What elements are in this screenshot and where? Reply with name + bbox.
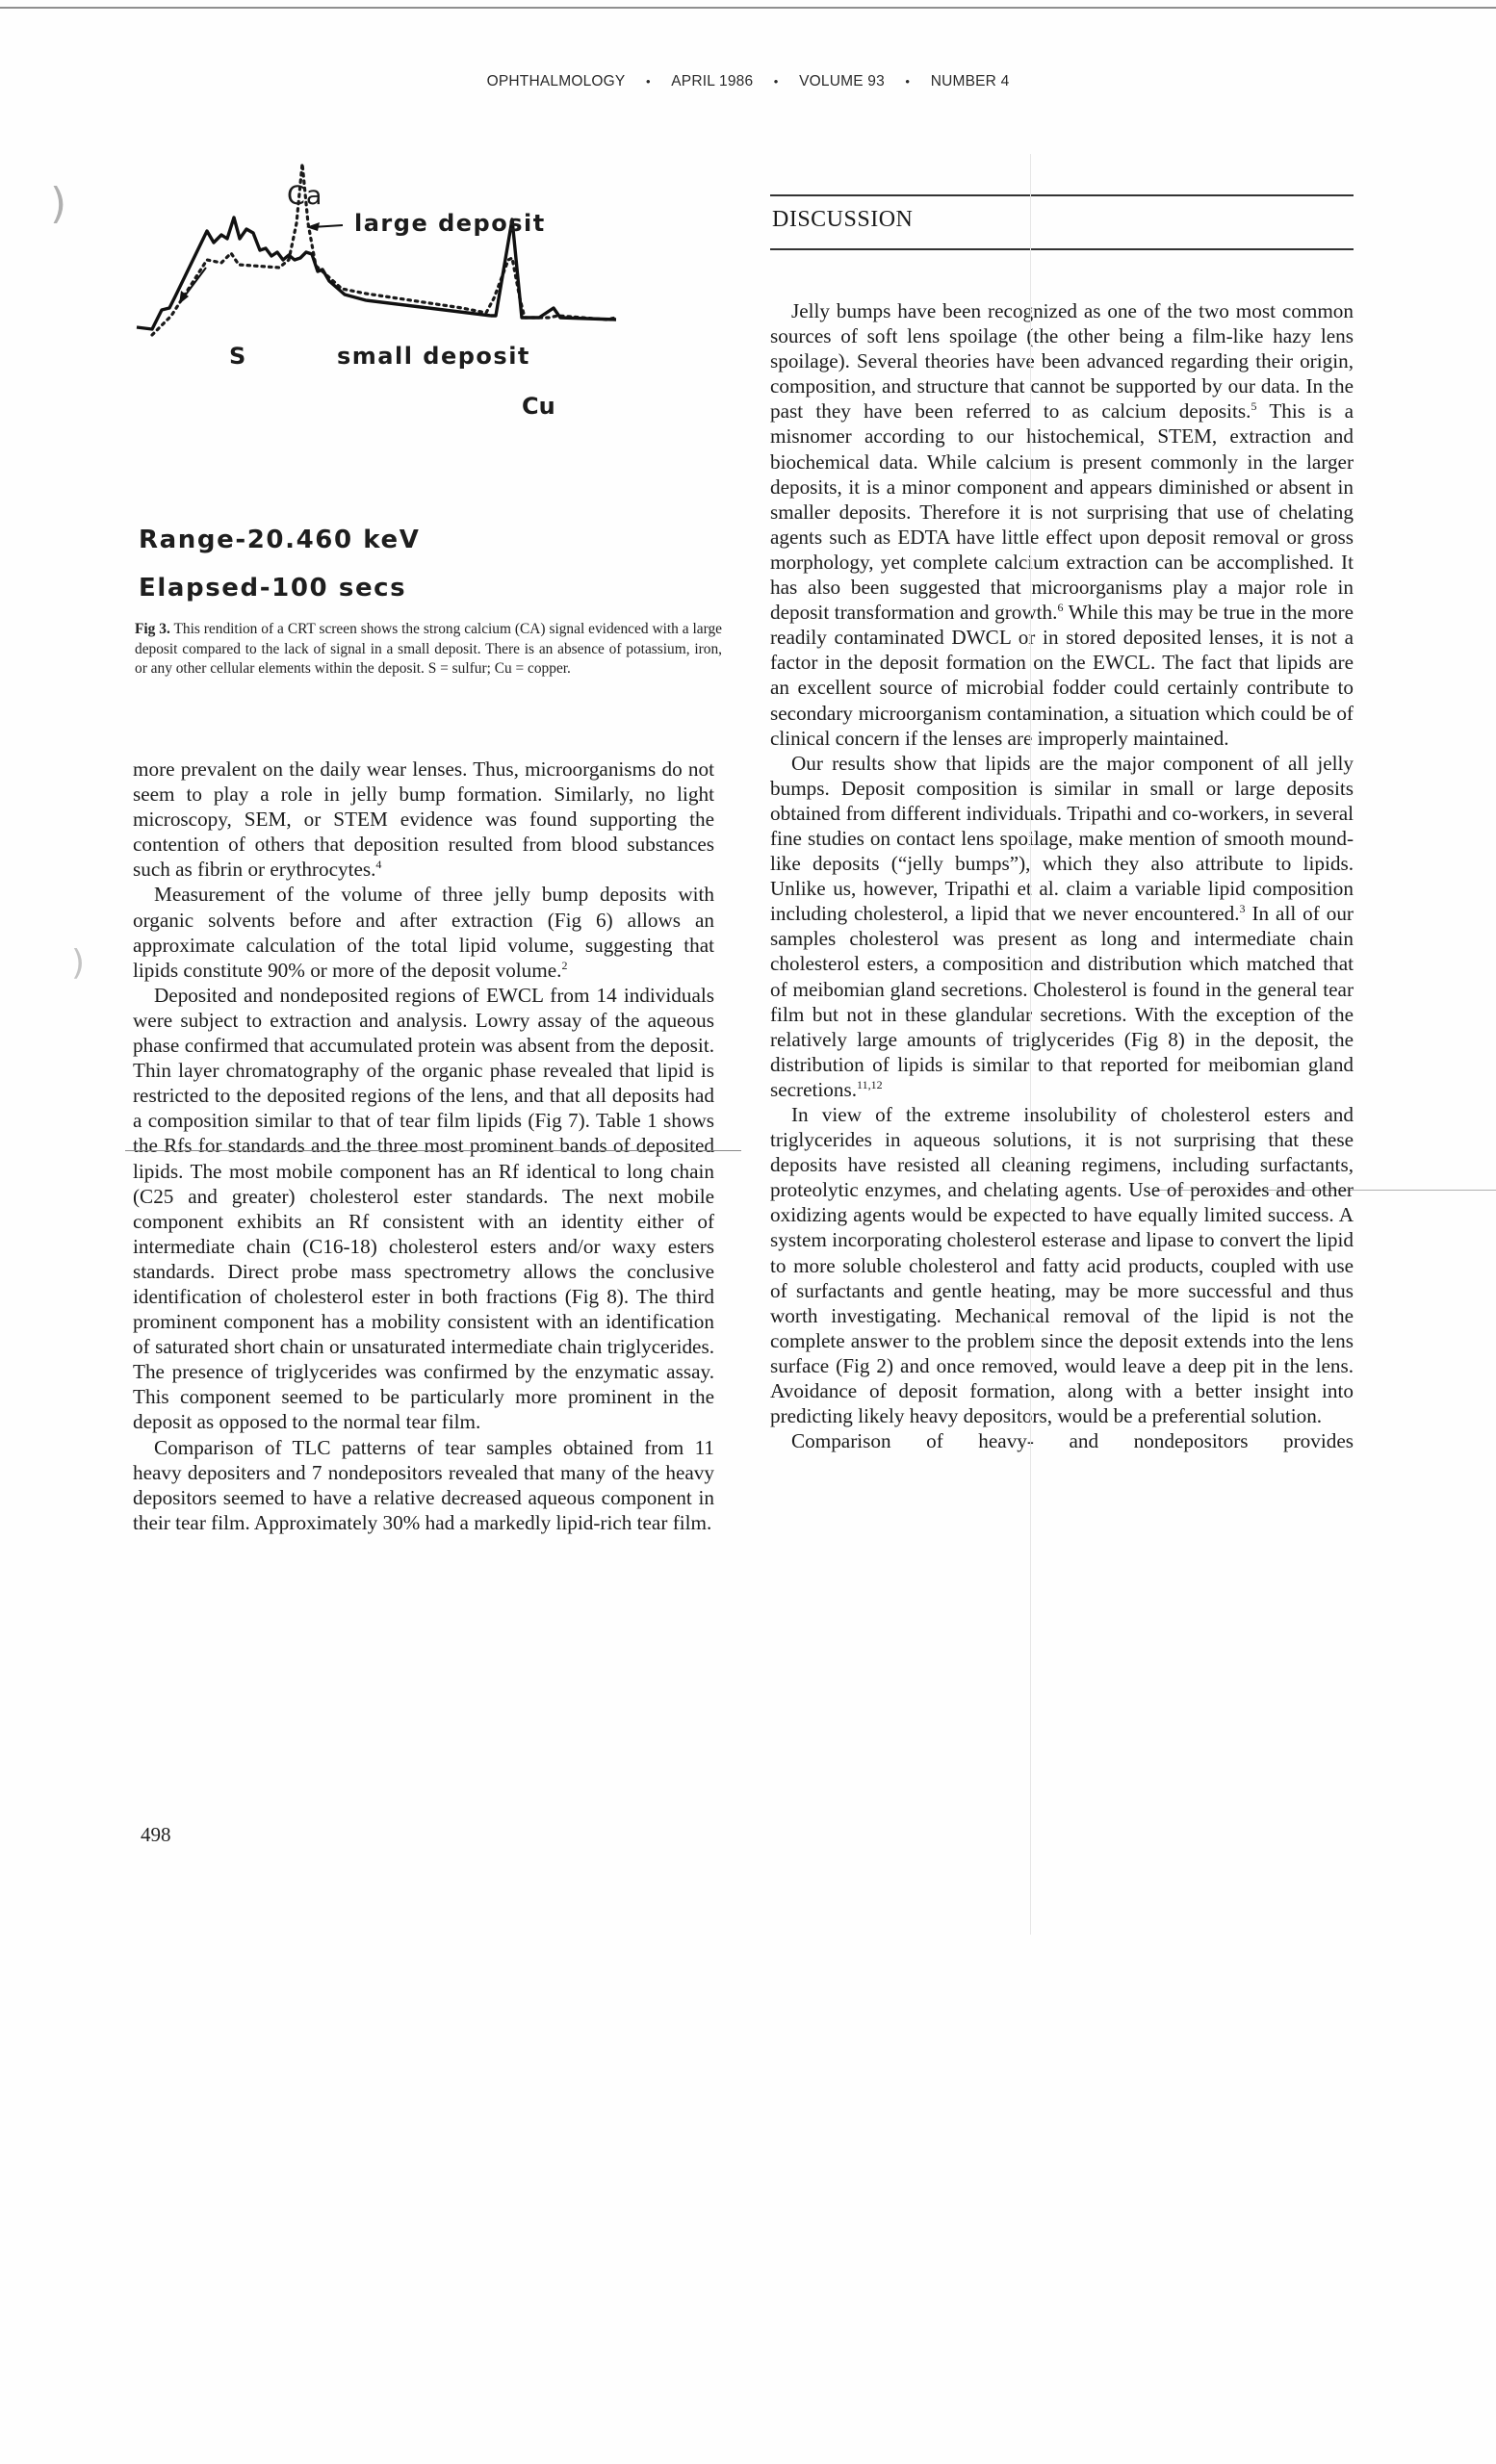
journal-name: OPHTHALMOLOGY [487, 73, 626, 90]
large-deposit-arrow [304, 218, 362, 237]
volume: VOLUME 93 [799, 73, 885, 90]
scan-artifact-line [125, 1150, 741, 1151]
margin-bracket-mark: ) [71, 943, 85, 983]
paragraph: Jelly bumps have been recognized as one … [770, 298, 1354, 751]
scan-fold-line [1030, 154, 1031, 1935]
caption-text: This rendition of a CRT screen shows the… [135, 621, 722, 677]
running-head: OPHTHALMOLOGY • APRIL 1986 • VOLUME 93 •… [0, 73, 1496, 90]
s-peak-label: S [229, 343, 245, 370]
bullet-separator: • [905, 74, 910, 89]
bullet-separator: • [646, 74, 651, 89]
discussion-text: Jelly bumps have been recognized as one … [770, 298, 1354, 1453]
range-readout: Range-20.460 keV [139, 526, 420, 554]
large-deposit-trace [152, 164, 616, 335]
section-heading: DISCUSSION [772, 207, 913, 233]
ca-peak-label: Ca [287, 181, 322, 211]
journal-page: OPHTHALMOLOGY • APRIL 1986 • VOLUME 93 •… [0, 0, 1496, 2464]
issue-number: NUMBER 4 [931, 73, 1010, 90]
bullet-separator: • [774, 74, 779, 89]
paragraph: Deposited and nondeposited regions of EW… [133, 983, 714, 1435]
large-deposit-label: large deposit [354, 210, 546, 237]
small-deposit-label: small deposit [337, 343, 530, 370]
left-column-text: more prevalent on the daily wear lenses.… [133, 757, 714, 1535]
issue-date: APRIL 1986 [671, 73, 753, 90]
elapsed-readout: Elapsed-100 secs [139, 574, 406, 603]
cu-peak-label: Cu [522, 393, 555, 420]
page-number: 498 [141, 1823, 171, 1847]
paragraph: Measurement of the volume of three jelly… [133, 882, 714, 982]
paragraph: Comparison of heavy- and nondepositors p… [770, 1428, 1354, 1453]
section-rule-top [770, 194, 1354, 196]
paragraph: more prevalent on the daily wear lenses.… [133, 757, 714, 882]
figure-caption: Fig 3. This rendition of a CRT screen sh… [135, 620, 722, 680]
paragraph: In view of the extreme insolubility of c… [770, 1102, 1354, 1428]
scan-edge-line [0, 7, 1496, 9]
section-rule-bottom [770, 248, 1354, 250]
paragraph: Comparison of TLC patterns of tear sampl… [133, 1435, 714, 1535]
paragraph: Our results show that lipids are the maj… [770, 751, 1354, 1102]
margin-bracket-mark: ) [50, 179, 66, 228]
caption-label: Fig 3. [135, 621, 170, 637]
